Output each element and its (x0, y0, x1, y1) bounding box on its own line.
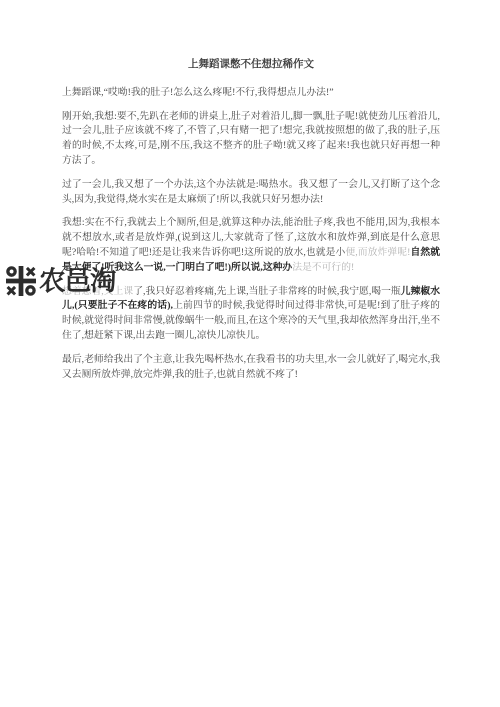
text-segment: 便,而放炸弹呢! (345, 247, 410, 258)
text-segment: 过了一会儿,我又想了一个办法,这个办法就是:喝热水。我又想了一会儿,又打断了这个… (62, 179, 440, 205)
essay-paragraph-2: 刚开始,我想:要不,先趴在老师的讲桌上,肚子对着沿儿,脚一飘,肚子呢!就使劲儿压… (62, 110, 440, 169)
text-segment: 刚开始,我想:要不,先趴在老师的讲桌上,肚子对着沿儿,脚一飘,肚子呢!就使劲儿压… (62, 111, 440, 166)
oxxo-grid-icon (6, 266, 36, 296)
text-segment: 最后,老师给我出了个主意,让我先喝杯热水,在我看书的功夫里,水一会儿就好了,喝完… (62, 354, 440, 380)
text-segment: 上舞蹈课,“哎呦!我的肚子!怎么这么疼呢!不行,我得想点儿办法!” (62, 87, 334, 98)
essay-paragraph-4: 我想:实在不行,我就去上个厕所,但是,就算这种办法,能治肚子疼,我也不能用,因为… (62, 216, 440, 275)
essay-content: 上舞蹈课憋不住想拉稀作文 上舞蹈课,“哎呦!我的肚子!怎么这么疼呢!不行,我得想… (62, 58, 440, 391)
essay-paragraph-6: 最后,老师给我出了个主意,让我先喝杯热水,在我看书的功夫里,水一会儿就好了,喝完… (62, 353, 440, 383)
essay-title: 上舞蹈课憋不住想拉稀作文 (62, 58, 440, 73)
text-segment: 法是不可行的! (292, 262, 354, 273)
essay-paragraph-3: 过了一会儿,我又想了一个办法,这个办法就是:喝热水。我又想了一会儿,又打断了这个… (62, 178, 440, 208)
document-page: 上舞蹈课憋不住想拉稀作文 上舞蹈课,“哎呦!我的肚子!怎么这么疼呢!不行,我得想… (0, 0, 500, 707)
essay-paragraph-1: 上舞蹈课,“哎呦!我的肚子!怎么这么疼呢!不行,我得想点儿办法!” (62, 86, 440, 101)
essay-paragraph-5: 想着想着,又上课了,我只好忍着疼痛,先上课,当肚子非常疼的时候,我宁愿,喝一瓶儿… (62, 285, 440, 344)
text-segment: 了,我只好忍着疼痛,先上课,当肚子非常疼的时候,我宁愿,喝一瓶 (133, 286, 401, 297)
watermark: 农邑淘 (6, 266, 116, 296)
watermark-text: 农邑淘 (39, 268, 116, 295)
